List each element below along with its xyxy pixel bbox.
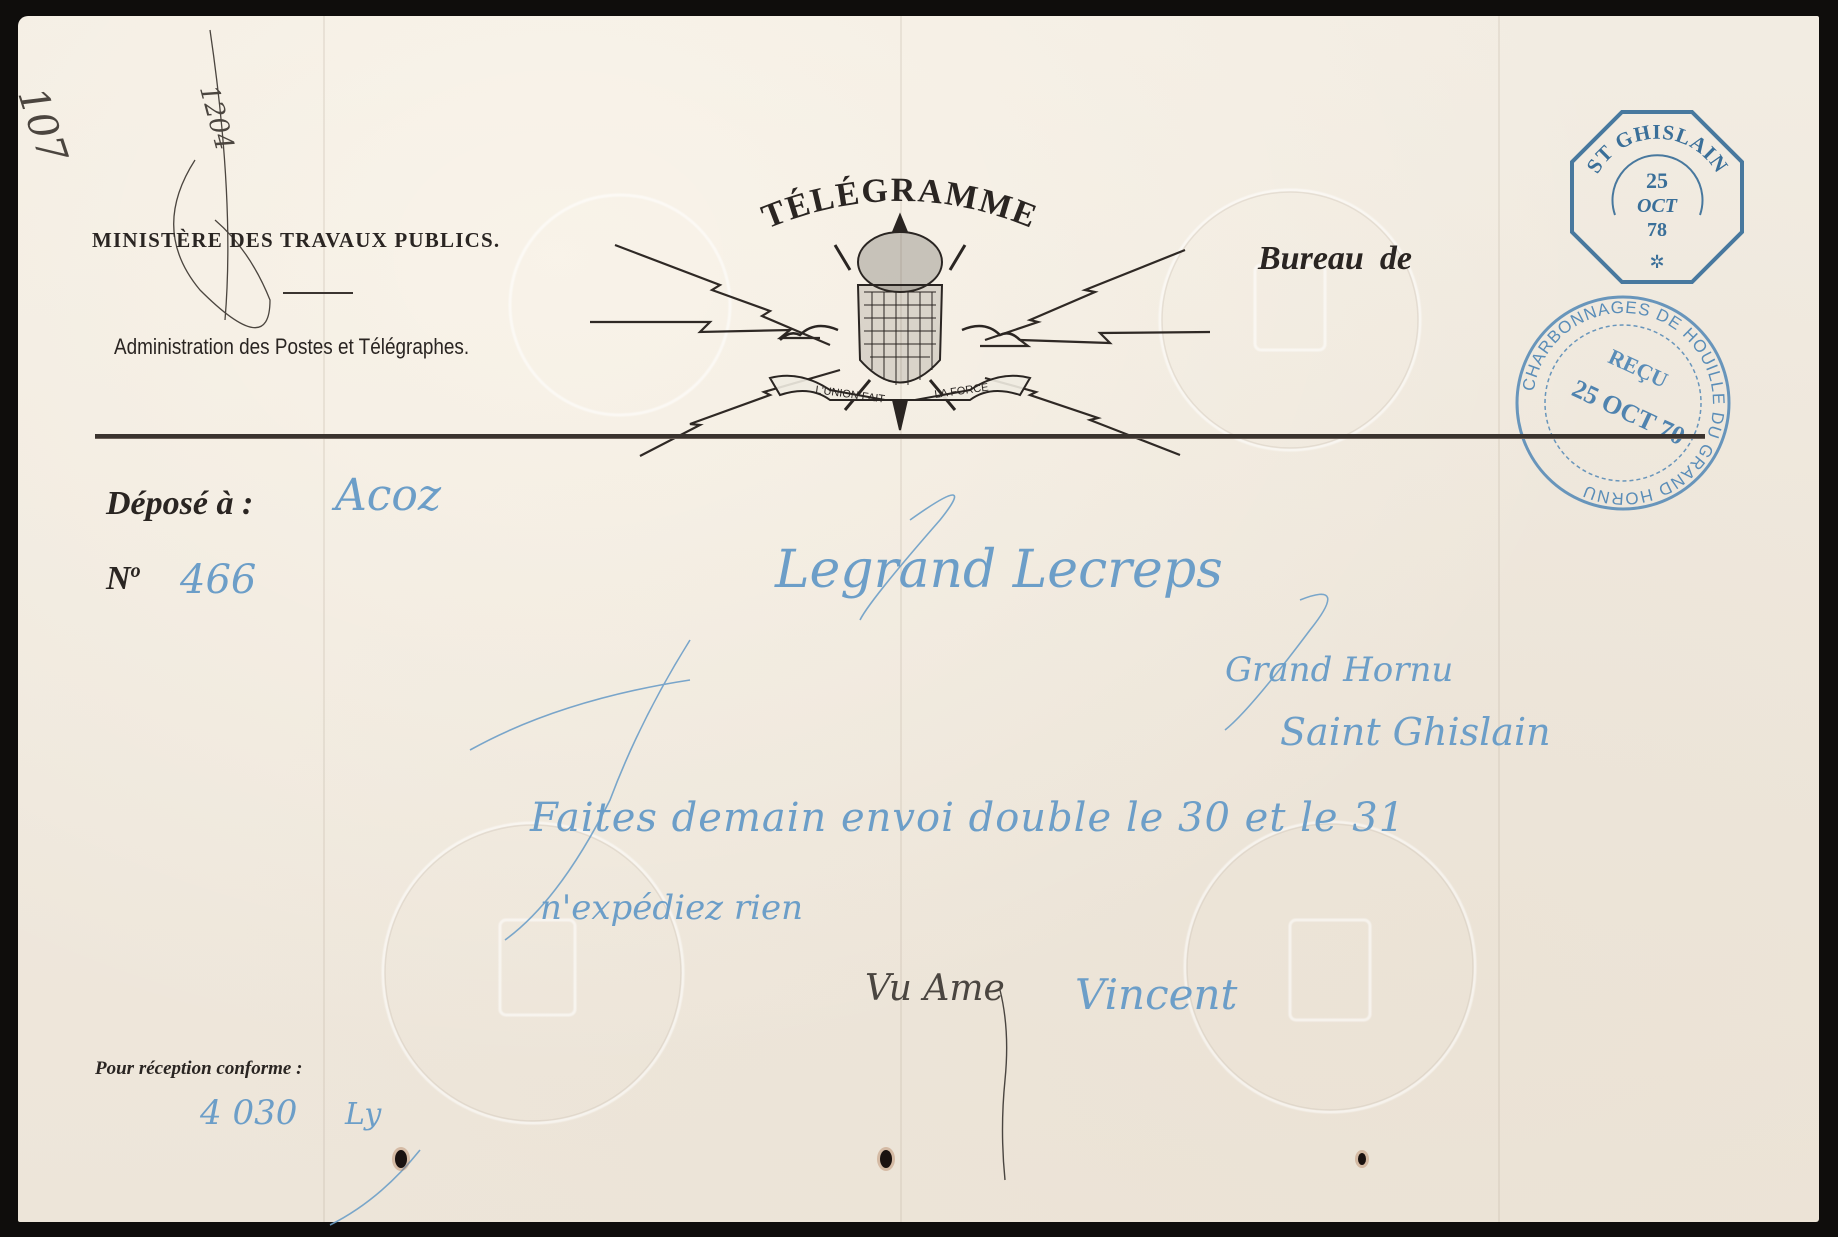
header-divider [283,292,353,294]
deposited-at-label: Déposé à : [106,485,253,523]
header-rule [95,434,1705,439]
message-line-2: n'expédiez rien [540,888,803,928]
punch-hole [1358,1153,1366,1165]
number-label-text: N [106,560,131,597]
postmark-star-icon: ✲ [1649,252,1664,273]
message-line-1: Faites demain envoi double le 30 et le 3… [530,795,1405,841]
addressee: Legrand Lecreps [775,540,1223,600]
punch-hole [395,1150,407,1168]
punch-hole [880,1150,892,1168]
pencil-flourish-icon [174,30,270,328]
receipt-label: Pour réception conforme : [95,1058,302,1080]
office-label-suffix: de [1380,240,1412,277]
office-label: Bureaude [1258,240,1412,278]
address-street: Grand Hornu [1225,650,1453,690]
handwriting-flourish-icon [330,495,1328,1225]
number-label: No [106,560,141,598]
ministry-heading: MINISTÈRE DES TRAVAUX PUBLICS. [92,228,500,253]
endorsement: Vu Ame [865,968,1005,1009]
receipt-initial: Ly [345,1097,381,1132]
belgian-coat-of-arms-icon [770,215,1030,430]
administration-heading: Administration des Postes et Télégraphes… [114,334,469,360]
ink-stroke-icon [1000,990,1007,1180]
receipt-label: REÇU [1605,344,1672,393]
postmark-month: OCT [1637,195,1678,217]
postmark-day: 25 [1646,168,1668,193]
sender-signature: Vincent [1075,970,1237,1019]
postmark-year: 78 [1647,219,1667,241]
receipt-count: 4 030 [200,1093,297,1133]
office-label-text: Bureau [1258,240,1364,277]
deposited-at-value: Acoz [335,470,441,521]
address-city: Saint Ghislain [1280,710,1551,754]
number-label-sup: o [131,560,141,582]
number-value: 466 [180,557,256,603]
receipt-date: 25 OCT 70 [1568,374,1690,451]
document-graphics: L'UNION FAIT LA FORCE TÉLÉGRAMME ST GHIS… [0,0,1838,1237]
